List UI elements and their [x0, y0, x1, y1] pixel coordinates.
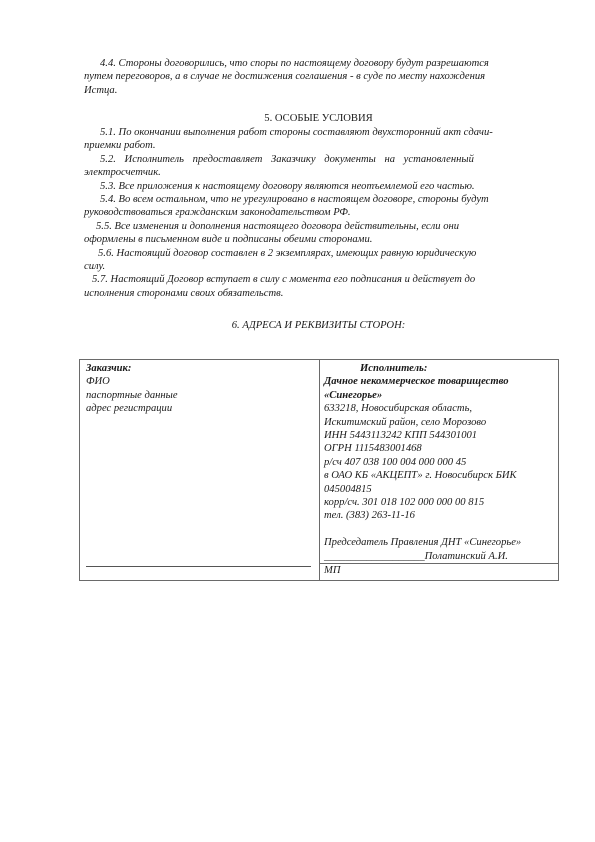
customer-passport: паспортные данные [86, 389, 319, 402]
clause-5-2-line: 5.2. Исполнитель предоставляет Заказчику… [84, 153, 553, 166]
contractor-inn-kpp: ИНН 5443113242 КПП 544301001 [324, 429, 558, 442]
clause-5-1-line: приемки работ. [84, 139, 553, 152]
contractor-signature-line: ___________________Полатинский А.И. [324, 550, 558, 563]
clause-5-5-line: оформлены в письменном виде и подписаны … [84, 233, 553, 246]
clause-line: Истца. [84, 84, 553, 97]
customer-signature-line [86, 566, 311, 567]
clause-5-2-line: электросчетчик. [84, 166, 553, 179]
clause-line: путем переговоров, а в случае не достиже… [84, 70, 553, 83]
clause-5-4-line: руководствоваться гражданским законодате… [84, 206, 553, 219]
contractor-account: р/сч 407 038 100 004 000 000 45 [324, 456, 558, 469]
clause-5-6-line: 5.6. Настоящий договор составлен в 2 экз… [84, 247, 553, 260]
section-6-title: 6. АДРЕСА И РЕКВИЗИТЫ СТОРОН: [84, 319, 553, 332]
clause-5-4-line: 5.4. Во всем остальном, что не урегулиро… [84, 193, 553, 206]
customer-fio: ФИО [86, 375, 319, 388]
contractor-ogrn: ОГРН 1115483001468 [324, 442, 558, 455]
customer-column: Заказчик: ФИО паспортные данные адрес ре… [80, 360, 320, 580]
contractor-heading: Исполнитель: [324, 362, 558, 375]
contractor-column: Исполнитель: Дачное некоммерческое товар… [320, 360, 558, 580]
clause-5-7-line: 5.7. Настоящий Договор вступает в силу с… [84, 273, 553, 286]
requisites-table: Заказчик: ФИО паспортные данные адрес ре… [79, 359, 559, 581]
clause-4-4: 4.4. Стороны договорились, что споры по … [84, 57, 553, 97]
document-page: 4.4. Стороны договорились, что споры по … [0, 0, 595, 842]
clause-line: 4.4. Стороны договорились, что споры по … [84, 57, 553, 70]
clause-5-7-line: исполнения сторонами своих обязательств. [84, 287, 553, 300]
contractor-stamp: МП [320, 563, 558, 577]
contractor-bik: 045004815 [324, 483, 558, 496]
clause-5-1-line: 5.1. По окончании выполнения работ сторо… [84, 126, 553, 139]
contractor-address: 633218, Новосибирская область, [324, 402, 558, 415]
customer-heading: Заказчик: [86, 362, 319, 375]
customer-address: адрес регистрации [86, 402, 319, 415]
contractor-phone: тел. (383) 263-11-16 [324, 509, 558, 522]
section-5-clauses: 5.1. По окончании выполнения работ сторо… [84, 126, 553, 300]
section-5-title: 5. ОСОБЫЕ УСЛОВИЯ [84, 112, 553, 125]
contractor-name: «Синегорье» [324, 389, 558, 402]
contractor-bank: в ОАО КБ «АКЦЕПТ» г. Новосибирск БИК [324, 469, 558, 482]
clause-5-6-line: силу. [84, 260, 553, 273]
contractor-signatory: Председатель Правления ДНТ «Синегорье» [324, 536, 558, 549]
contractor-name: Дачное некоммерческое товарищество [324, 375, 558, 388]
contractor-corr-account: корр/сч. 301 018 102 000 000 00 815 [324, 496, 558, 509]
clause-5-5-line: 5.5. Все изменения и дополнения настояще… [84, 220, 553, 233]
contractor-address: Искитимский район, село Морозово [324, 416, 558, 429]
clause-5-3-line: 5.3. Все приложения к настоящему договор… [84, 180, 553, 193]
